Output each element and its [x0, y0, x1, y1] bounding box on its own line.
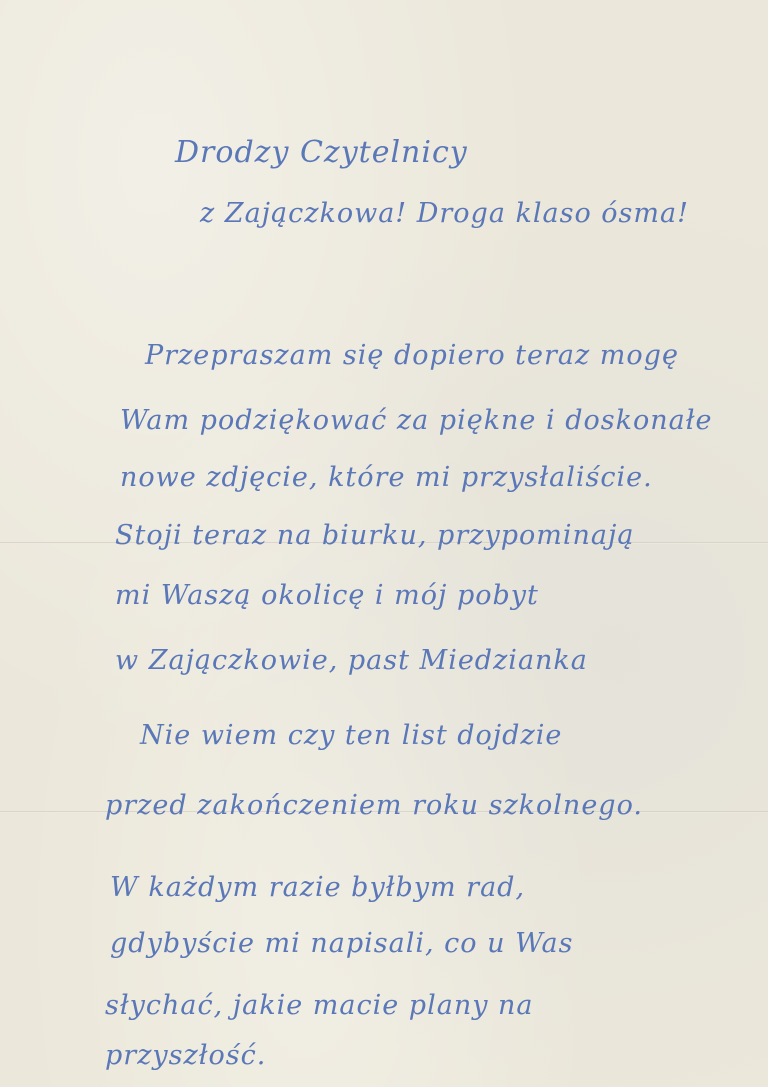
- body-line-2: Wam podziękować za piękne i doskonałe: [120, 405, 712, 436]
- body-line-10: gdybyście mi napisali, co u Was: [110, 928, 573, 959]
- body-line-3: nowe zdjęcie, które mi przysłaliście.: [120, 462, 653, 493]
- body-line-5: mi Waszą okolicę i mój pobyt: [115, 580, 539, 611]
- body-line-4: Stoji teraz na biurku, przypominają: [115, 520, 634, 551]
- body-line-6: w Zajączkowie, past Miedzianka: [115, 645, 588, 676]
- salutation-line-2: z Zajączkowa! Droga klaso ósma!: [200, 198, 689, 229]
- body-line-9: W każdym razie byłbym rad,: [110, 872, 525, 903]
- body-line-11: słychać, jakie macie plany na: [105, 990, 534, 1021]
- body-line-1: Przepraszam się dopiero teraz mogę: [145, 340, 679, 371]
- salutation-line-1: Drodzy Czytelnicy: [175, 135, 468, 170]
- body-line-7: Nie wiem czy ten list dojdzie: [140, 720, 562, 751]
- body-line-8: przed zakończeniem roku szkolnego.: [105, 790, 643, 821]
- body-line-12: przyszłość.: [105, 1040, 266, 1071]
